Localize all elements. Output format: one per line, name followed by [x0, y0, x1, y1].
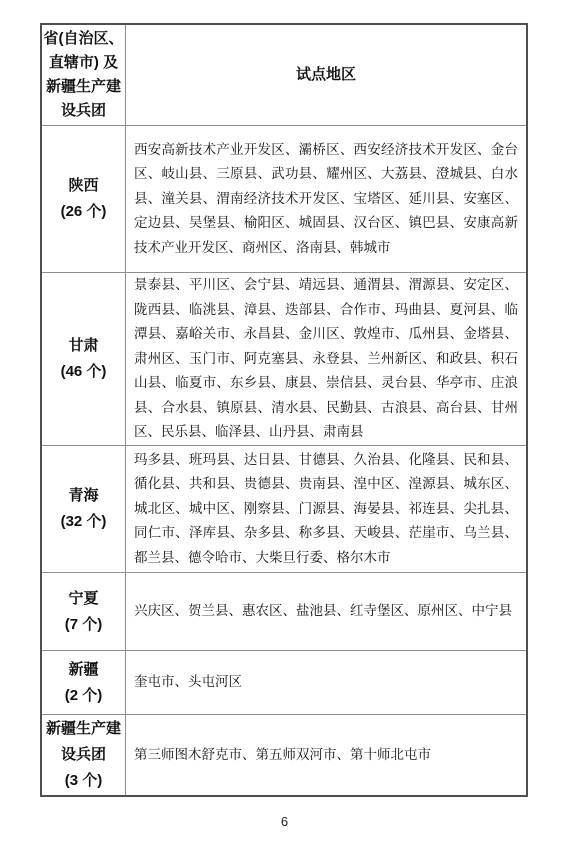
regions-cell: 西安高新技术产业开发区、灞桥区、西安经济技术开发区、金台区、岐山县、三原县、武功… — [126, 126, 526, 272]
province-name: 新疆生产建 设兵团 — [46, 716, 121, 768]
header-province-label: 省(自治区、 直辖市) 及 新疆生产建 设兵团 — [44, 27, 124, 123]
regions-cell: 兴庆区、贺兰县、惠农区、盐池县、红寺堡区、原州区、中宁县 — [126, 573, 526, 650]
province-cell: 新疆 (2 个) — [42, 651, 126, 714]
regions-text: 第三师图木舒克市、第五师双河市、第十师北屯市 — [134, 743, 518, 768]
table-header-row: 省(自治区、 直辖市) 及 新疆生产建 设兵团 试点地区 — [42, 25, 526, 125]
province-cell: 宁夏 (7 个) — [42, 573, 126, 650]
province-name: 陕西 — [68, 173, 98, 199]
province-count: (46 个) — [61, 359, 107, 385]
regions-cell: 玛多县、班玛县、达日县、甘德县、久治县、化隆县、民和县、循化县、共和县、贵德县、… — [126, 446, 526, 572]
regions-cell: 景泰县、平川区、会宁县、靖远县、通渭县、渭源县、安定区、陇西县、临洮县、漳县、迭… — [126, 273, 526, 445]
header-regions-cell: 试点地区 — [126, 25, 526, 125]
document-page: 省(自治区、 直辖市) 及 新疆生产建 设兵团 试点地区 陕西 (26 个) 西… — [0, 0, 569, 843]
regions-text: 西安高新技术产业开发区、灞桥区、西安经济技术开发区、金台区、岐山县、三原县、武功… — [134, 138, 518, 261]
regions-text: 玛多县、班玛县、达日县、甘德县、久治县、化隆县、民和县、循化县、共和县、贵德县、… — [134, 448, 518, 571]
province-name: 青海 — [68, 483, 98, 509]
header-regions-label: 试点地区 — [296, 63, 356, 87]
header-province-cell: 省(自治区、 直辖市) 及 新疆生产建 设兵团 — [42, 25, 126, 125]
table-row-qinghai: 青海 (32 个) 玛多县、班玛县、达日县、甘德县、久治县、化隆县、民和县、循化… — [42, 445, 526, 572]
province-count: (26 个) — [61, 199, 107, 225]
province-cell: 甘肃 (46 个) — [42, 273, 126, 445]
table-row-xinjiang: 新疆 (2 个) 奎屯市、头屯河区 — [42, 650, 526, 714]
province-cell: 青海 (32 个) — [42, 446, 126, 572]
regions-text: 景泰县、平川区、会宁县、靖远县、通渭县、渭源县、安定区、陇西县、临洮县、漳县、迭… — [134, 273, 518, 445]
province-cell: 新疆生产建 设兵团 (3 个) — [42, 715, 126, 795]
page-number: 6 — [0, 814, 569, 829]
regions-cell: 奎屯市、头屯河区 — [126, 651, 526, 714]
table-row-ningxia: 宁夏 (7 个) 兴庆区、贺兰县、惠农区、盐池县、红寺堡区、原州区、中宁县 — [42, 572, 526, 650]
province-count: (32 个) — [61, 509, 107, 535]
table-row-xjpcc: 新疆生产建 设兵团 (3 个) 第三师图木舒克市、第五师双河市、第十师北屯市 — [42, 714, 526, 795]
province-name: 宁夏 — [68, 586, 98, 612]
province-count: (3 个) — [65, 768, 103, 794]
province-cell: 陕西 (26 个) — [42, 126, 126, 272]
regions-cell: 第三师图木舒克市、第五师双河市、第十师北屯市 — [126, 715, 526, 795]
table-row-gansu: 甘肃 (46 个) 景泰县、平川区、会宁县、靖远县、通渭县、渭源县、安定区、陇西… — [42, 272, 526, 445]
province-count: (7 个) — [65, 612, 103, 638]
province-count: (2 个) — [65, 683, 103, 709]
province-name: 新疆 — [68, 657, 98, 683]
province-name: 甘肃 — [68, 333, 98, 359]
pilot-regions-table: 省(自治区、 直辖市) 及 新疆生产建 设兵团 试点地区 陕西 (26 个) 西… — [40, 23, 528, 797]
table-row-shaanxi: 陕西 (26 个) 西安高新技术产业开发区、灞桥区、西安经济技术开发区、金台区、… — [42, 125, 526, 272]
regions-text: 兴庆区、贺兰县、惠农区、盐池县、红寺堡区、原州区、中宁县 — [134, 599, 518, 624]
regions-text: 奎屯市、头屯河区 — [134, 670, 518, 695]
